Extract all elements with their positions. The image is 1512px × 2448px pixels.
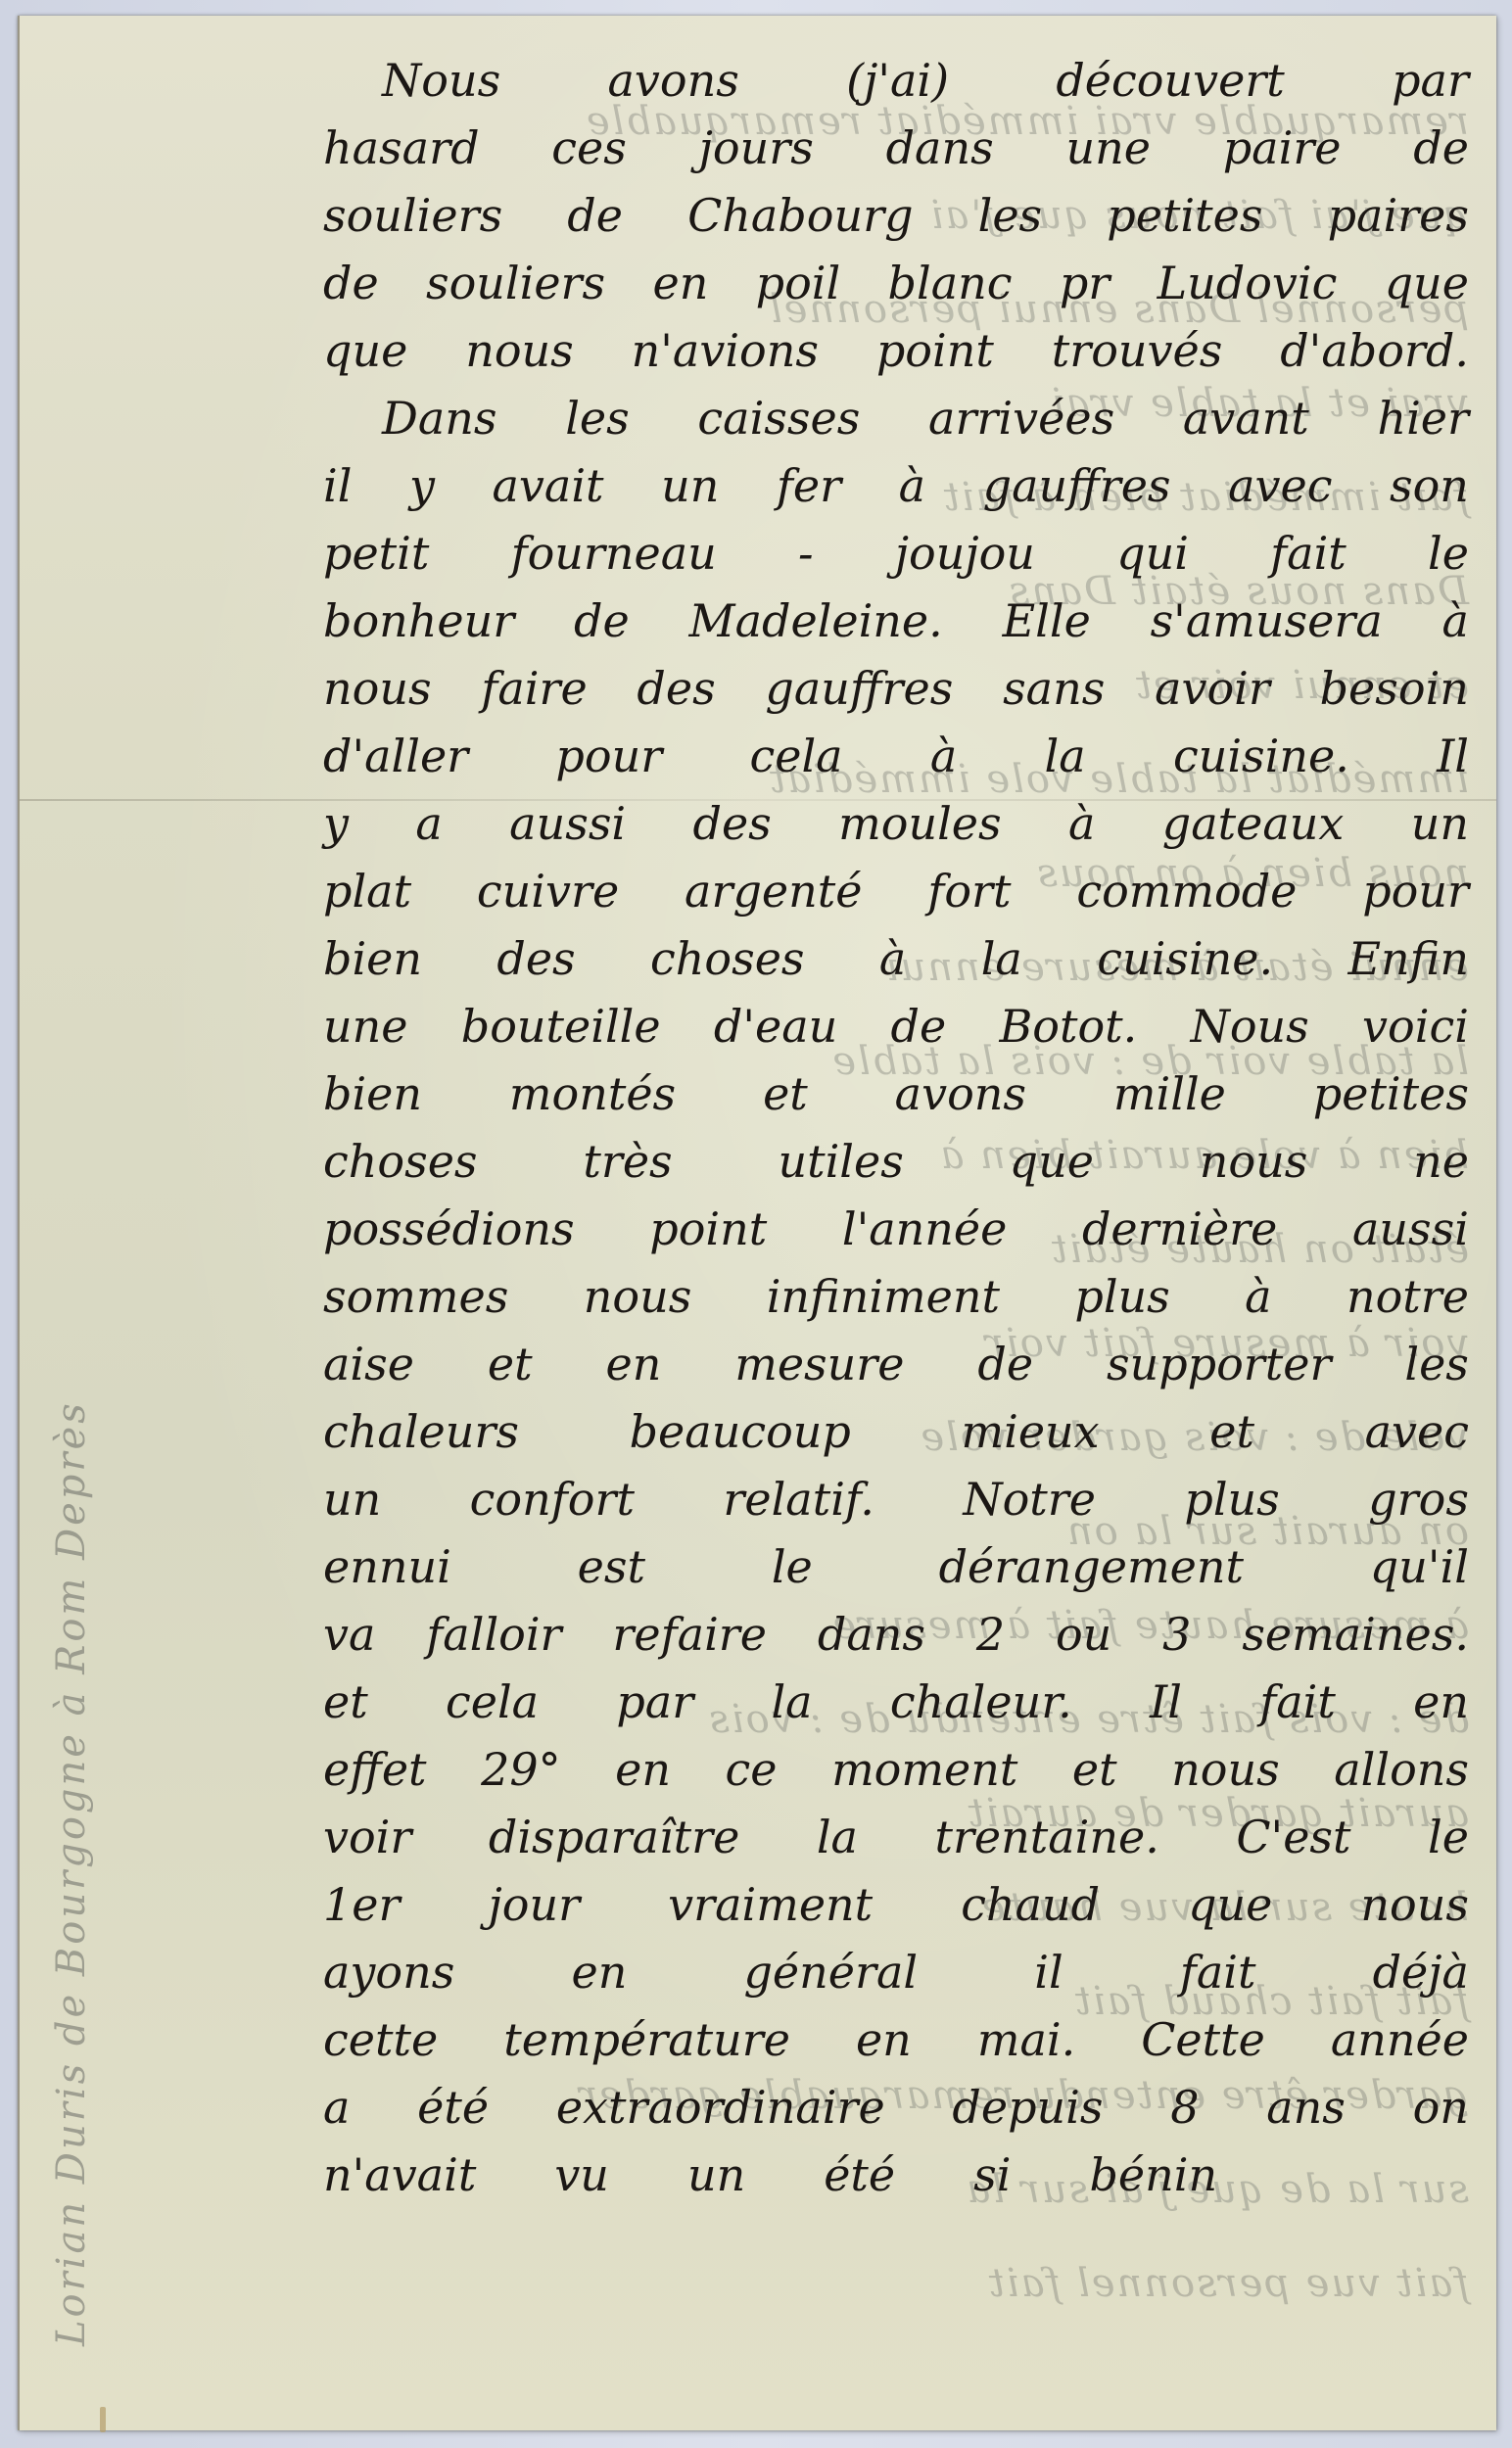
handwritten-word: avons — [607, 54, 738, 107]
letter-line: unconfortrelatif.Notreplusgros — [323, 1458, 1469, 1526]
handwritten-word: les — [1404, 1338, 1469, 1390]
handwritten-word: utiles — [778, 1135, 903, 1188]
handwritten-word: Enfin — [1347, 932, 1469, 985]
handwritten-word: nous — [584, 1270, 692, 1323]
handwritten-word: et — [488, 1338, 533, 1390]
letter-line: ayonsengénéralilfaitdéjà — [323, 1931, 1469, 1999]
handwritten-word: par — [616, 1675, 693, 1728]
handwritten-word: été — [824, 2148, 895, 2201]
handwritten-word: plus — [1184, 1473, 1279, 1526]
handwritten-word: mieux — [961, 1405, 1099, 1458]
handwritten-word: dans — [818, 1608, 925, 1661]
letter-line: quenousn'avionspointtrouvésd'abord. — [323, 309, 1469, 377]
letter-line: bienmontésetavonsmillepetites — [323, 1053, 1469, 1120]
handwritten-word: d'abord. — [1280, 324, 1469, 377]
letter-line: biendeschosesàlacuisine.Enfin — [323, 918, 1469, 985]
handwritten-word: petit — [323, 527, 429, 580]
handwritten-word: choses — [323, 1135, 478, 1188]
handwritten-word: la — [981, 932, 1022, 985]
handwritten-word: supporter — [1107, 1338, 1332, 1390]
handwritten-word: à — [879, 932, 906, 985]
handwritten-word: (j'ai) — [846, 54, 949, 107]
handwritten-word: pr — [1060, 257, 1110, 309]
handwritten-word: cuivre — [477, 865, 619, 918]
letter-line: possédionspointl'annéedernièreaussi — [323, 1188, 1469, 1255]
letter-line: desouliersenpoilblancprLudovicque — [323, 242, 1469, 309]
handwritten-word: gauffres — [983, 459, 1171, 512]
handwritten-word: à — [1245, 1270, 1271, 1323]
handwritten-word: fourneau — [511, 527, 717, 580]
letter-line: voirdisparaîtrelatrentaine.C'estle — [323, 1796, 1469, 1863]
handwritten-word: hasard — [323, 121, 480, 174]
handwritten-word: la — [1045, 730, 1086, 782]
handwritten-word: nous — [323, 662, 432, 715]
handwritten-word: une — [1065, 121, 1150, 174]
handwritten-word: si — [973, 2148, 1011, 2201]
handwritten-word: depuis — [952, 2081, 1103, 2134]
handwritten-word: 29° — [481, 1743, 561, 1796]
handwritten-word: avec — [1365, 1405, 1469, 1458]
handwritten-word: Notre — [963, 1473, 1096, 1526]
handwritten-word: paires — [1328, 189, 1469, 242]
handwritten-word: fait — [1259, 1675, 1336, 1728]
handwritten-word: allons — [1334, 1743, 1469, 1796]
handwritten-word: Il — [1437, 730, 1469, 782]
handwritten-word: jour — [489, 1878, 581, 1931]
handwritten-word: ennui — [323, 1540, 451, 1593]
handwritten-word: bien — [323, 1067, 422, 1120]
letter-line: effet29°encemomentetnousallons — [323, 1728, 1469, 1796]
handwritten-word: C'est — [1236, 1811, 1350, 1863]
handwritten-word: confort — [470, 1473, 635, 1526]
handwritten-word: cela — [446, 1675, 539, 1728]
handwritten-word: il — [1034, 1946, 1063, 1999]
handwritten-word: qu'il — [1370, 1540, 1469, 1593]
handwritten-word: 8 — [1170, 2081, 1199, 2134]
handwritten-word: un — [687, 2148, 745, 2201]
handwritten-word: 3 — [1162, 1608, 1191, 1661]
handwritten-word: plus — [1074, 1270, 1169, 1323]
handwritten-word: aussi — [1352, 1202, 1469, 1255]
handwritten-word: cuisine. — [1173, 730, 1349, 782]
handwritten-word: qui — [1116, 527, 1189, 580]
handwritten-word: général — [743, 1946, 918, 1999]
handwritten-word: disparaître — [489, 1811, 739, 1863]
handwritten-word: y — [323, 797, 349, 850]
handwritten-word: à — [899, 459, 925, 512]
handwritten-word: y — [409, 459, 435, 512]
handwritten-word: plat — [323, 865, 411, 918]
handwritten-word: gros — [1368, 1473, 1469, 1526]
handwritten-word: découvert — [1056, 54, 1284, 107]
handwritten-word: que — [1385, 257, 1469, 309]
handwritten-word: possédions — [323, 1202, 575, 1255]
handwritten-word: n'avions — [632, 324, 819, 377]
letter-line: platcuivreargentéfortcommodepour — [323, 850, 1469, 918]
margin-vertical-annotation: Lorian Duris de Bourgogne à Rom Deprès — [49, 1400, 94, 2346]
handwritten-word: moules — [838, 797, 1001, 850]
handwritten-word: un — [661, 459, 719, 512]
handwritten-word: point — [876, 324, 994, 377]
handwritten-word: cela — [749, 730, 842, 782]
handwritten-word: falloir — [426, 1608, 561, 1661]
handwritten-word: nous — [1171, 1743, 1280, 1796]
letter-line: unebouteilled'eaudeBotot.Nousvoici — [323, 985, 1469, 1053]
letter-line: hasardcesjoursdansunepairede — [323, 107, 1469, 174]
handwritten-word: s'amusera — [1151, 594, 1383, 647]
handwritten-word: poil — [756, 257, 841, 309]
letter-line: ennuiestledérangementqu'il — [323, 1526, 1469, 1593]
handwritten-word: vraiment — [668, 1878, 873, 1931]
handwritten-word: on — [1413, 2081, 1469, 2134]
handwritten-word: des — [693, 797, 772, 850]
handwritten-word: que — [323, 324, 407, 377]
handwritten-word: petites — [1107, 189, 1262, 242]
handwritten-word: d'eau — [714, 1000, 837, 1053]
handwritten-word: et — [323, 1675, 368, 1728]
handwritten-word: de — [574, 594, 630, 647]
handwritten-word: d'aller — [323, 730, 468, 782]
letter-line: aiseetenmesuredesupporterles — [323, 1323, 1469, 1390]
handwritten-word: de — [977, 1338, 1033, 1390]
handwritten-word: Cette — [1141, 2013, 1265, 2066]
handwritten-word: chaud — [961, 1878, 1100, 1931]
handwritten-word: paire — [1223, 121, 1342, 174]
handwritten-word: relatif. — [723, 1473, 874, 1526]
letter-line: souliersdeChabourglespetitespaires — [323, 174, 1469, 242]
handwritten-word: de — [1413, 121, 1469, 174]
handwritten-word: l'année — [842, 1202, 1007, 1255]
handwritten-word: moment — [831, 1743, 1017, 1796]
handwritten-word: chaleurs — [323, 1405, 519, 1458]
handwritten-word: par — [1392, 54, 1469, 107]
handwritten-word: gauffres — [765, 662, 953, 715]
handwritten-word: son — [1390, 459, 1469, 512]
handwritten-word: nous — [1360, 1878, 1469, 1931]
handwritten-word: notre — [1347, 1270, 1469, 1323]
handwritten-word: a — [415, 797, 442, 850]
letter-line: chaleursbeaucoupmieuxetavec — [323, 1390, 1469, 1458]
handwritten-word: fer — [777, 459, 841, 512]
handwritten-word: ne — [1413, 1135, 1469, 1188]
handwritten-word: des — [637, 662, 715, 715]
handwritten-word: Madeleine. — [688, 594, 942, 647]
handwritten-word: va — [323, 1608, 375, 1661]
handwritten-word: argenté — [685, 865, 862, 918]
handwritten-word: les — [565, 392, 630, 445]
handwritten-word: jours — [699, 121, 814, 174]
handwritten-word: il — [323, 459, 352, 512]
letter-line: 1erjourvraimentchaudquenous — [323, 1863, 1469, 1931]
handwritten-word: de — [891, 1000, 947, 1053]
handwritten-word: infiniment — [767, 1270, 1000, 1323]
letter-line: vafalloirrefairedans2ou3semaines. — [323, 1593, 1469, 1661]
handwritten-word: à — [930, 730, 957, 782]
letter-line: n'avaitvuunétésibénin — [323, 2134, 1469, 2201]
handwritten-word: - — [798, 527, 814, 580]
handwritten-word: cette — [323, 2013, 438, 2066]
handwritten-word: bien — [323, 932, 422, 985]
handwritten-word: voici — [1362, 1000, 1469, 1053]
handwritten-word: avoir — [1155, 662, 1270, 715]
handwritten-word: avec — [1228, 459, 1332, 512]
letter-line: Danslescaissesarrivéesavanthier — [323, 377, 1469, 445]
handwritten-word: un — [323, 1473, 381, 1526]
handwritten-word: commode — [1076, 865, 1297, 918]
letter-line: d'allerpourcelaàlacuisine.Il — [323, 715, 1469, 782]
letter-line: chosestrèsutilesquenousne — [323, 1120, 1469, 1188]
handwritten-word: ayons — [323, 1946, 454, 1999]
handwritten-word: caisses — [697, 392, 860, 445]
letter-line: yaaussidesmoulesàgateauxun — [323, 782, 1469, 850]
handwritten-word: bouteille — [461, 1000, 661, 1053]
handwritten-word: à — [1068, 797, 1095, 850]
handwritten-word: trentaine. — [934, 1811, 1158, 1863]
handwritten-word: et — [763, 1067, 808, 1120]
handwritten-word: effet — [323, 1743, 427, 1796]
handwritten-word: beaucoup — [630, 1405, 851, 1458]
handwritten-word: bonheur — [323, 594, 514, 647]
handwritten-word: le — [1428, 527, 1469, 580]
handwritten-word: que — [1188, 1878, 1272, 1931]
handwritten-word: 1er — [323, 1878, 400, 1931]
handwritten-word: de — [567, 189, 623, 242]
handwritten-word: blanc — [888, 257, 1013, 309]
handwritten-word: de — [323, 257, 379, 309]
handwritten-word: dans — [886, 121, 994, 174]
handwritten-word: dérangement — [939, 1540, 1244, 1593]
handwritten-word: sommes — [323, 1270, 508, 1323]
handwritten-word: que — [1010, 1135, 1094, 1188]
handwritten-word: semaines. — [1242, 1608, 1469, 1661]
handwritten-word: et — [1209, 1405, 1254, 1458]
letter-line: aétéextraordinairedepuis8anson — [323, 2066, 1469, 2134]
handwritten-word: mai. — [977, 2013, 1075, 2066]
handwritten-word: température — [503, 2013, 790, 2066]
handwritten-word: souliers — [426, 257, 605, 309]
letter-line: Nousavons(j'ai)découvertpar — [323, 39, 1469, 107]
letter-line: etcelaparlachaleur.Ilfaiten — [323, 1661, 1469, 1728]
handwritten-word: chaleur. — [890, 1675, 1072, 1728]
handwritten-word: en — [615, 1743, 671, 1796]
handwritten-word: pour — [1362, 865, 1469, 918]
handwritten-word: fort — [927, 865, 1011, 918]
handwritten-word: le — [772, 1540, 813, 1593]
handwritten-word: sans — [1003, 662, 1105, 715]
handwritten-word: un — [1411, 797, 1469, 850]
handwritten-word: Ludovic — [1158, 257, 1338, 309]
handwritten-word: a — [323, 2081, 350, 2134]
handwritten-word: arrivées — [928, 392, 1114, 445]
handwritten-word: Chabourg — [687, 189, 913, 242]
handwritten-word: montés — [509, 1067, 676, 1120]
handwritten-word: mille — [1113, 1067, 1226, 1120]
handwritten-word: joujou — [895, 527, 1035, 580]
letter-line: sommesnousinfinimentplusànotre — [323, 1255, 1469, 1323]
handwritten-word: fait — [1180, 1946, 1256, 1999]
handwritten-word: Dans — [382, 392, 497, 445]
handwritten-word: déjà — [1373, 1946, 1469, 1999]
handwritten-word: faire — [481, 662, 587, 715]
handwritten-word: la — [771, 1675, 812, 1728]
handwritten-word: 2 — [976, 1608, 1005, 1661]
handwritten-word: hier — [1377, 392, 1469, 445]
handwritten-word: besoin — [1320, 662, 1469, 715]
handwritten-word: avons — [895, 1067, 1026, 1120]
handwritten-word: le — [1428, 1811, 1469, 1863]
handwritten-word: mesure — [734, 1338, 904, 1390]
handwritten-word: cuisine. — [1097, 932, 1273, 985]
handwritten-word: Nous — [382, 54, 500, 107]
handwritten-word: dernière — [1082, 1202, 1277, 1255]
letter-line: bonheurdeMadeleine.Elles'amuseraà — [323, 580, 1469, 647]
handwritten-word: et — [1072, 1743, 1117, 1796]
handwritten-word: choses — [650, 932, 805, 985]
handwritten-word: les — [978, 189, 1043, 242]
handwritten-word: bénin — [1089, 2148, 1217, 2201]
handwritten-word: gateaux — [1162, 797, 1345, 850]
handwritten-word: été — [417, 2081, 489, 2134]
handwritten-word: très — [583, 1135, 672, 1188]
handwritten-word: en — [605, 1338, 661, 1390]
handwritten-word: aise — [323, 1338, 414, 1390]
handwritten-word: souliers — [323, 189, 502, 242]
handwritten-word: fait — [1270, 527, 1347, 580]
letter-body: Nousavons(j'ai)découvertpar hasardcesjou… — [323, 39, 1469, 2201]
paper-stain — [100, 2407, 106, 2432]
handwritten-word: Elle — [1003, 594, 1091, 647]
letter-line: ilyavaitunferàgauffresavecson — [323, 445, 1469, 512]
handwritten-word: voir — [323, 1811, 411, 1863]
handwritten-word: en — [856, 2013, 912, 2066]
handwritten-word: Il — [1150, 1675, 1182, 1728]
handwritten-word: pour — [555, 730, 662, 782]
handwritten-word: en — [1413, 1675, 1469, 1728]
handwritten-word: à — [1442, 594, 1469, 647]
handwritten-word: avait — [493, 459, 604, 512]
letter-line: petitfourneau-joujouquifaitle — [323, 512, 1469, 580]
handwritten-word: ces — [551, 121, 627, 174]
handwritten-word: vu — [554, 2148, 609, 2201]
handwritten-word: Botot. — [1000, 1000, 1138, 1053]
letter-line: nousfairedesgauffressansavoirbesoin — [323, 647, 1469, 715]
handwritten-word: trouvés — [1052, 324, 1223, 377]
letter-line: cettetempératureenmai.Cetteannée — [323, 1999, 1469, 2066]
handwritten-word: avant — [1183, 392, 1309, 445]
handwritten-word: extraordinaire — [556, 2081, 885, 2134]
handwritten-word: nous — [465, 324, 574, 377]
handwritten-word: est — [578, 1540, 645, 1593]
handwritten-word: en — [571, 1946, 627, 1999]
handwritten-word: ans — [1266, 2081, 1346, 2134]
handwritten-word: point — [649, 1202, 767, 1255]
handwritten-word: Nous — [1191, 1000, 1309, 1053]
handwritten-word: ce — [726, 1743, 778, 1796]
handwritten-word: nous — [1200, 1135, 1308, 1188]
handwritten-word: petites — [1313, 1067, 1469, 1120]
handwritten-word: aussi — [509, 797, 626, 850]
handwritten-word: n'avait — [323, 2148, 476, 2201]
handwritten-word: des — [496, 932, 575, 985]
handwritten-word: année — [1331, 2013, 1469, 2066]
handwritten-word: une — [323, 1000, 407, 1053]
handwritten-word: la — [817, 1811, 858, 1863]
handwritten-word: en — [652, 257, 708, 309]
handwritten-word: refaire — [612, 1608, 767, 1661]
handwritten-word: ou — [1056, 1608, 1111, 1661]
